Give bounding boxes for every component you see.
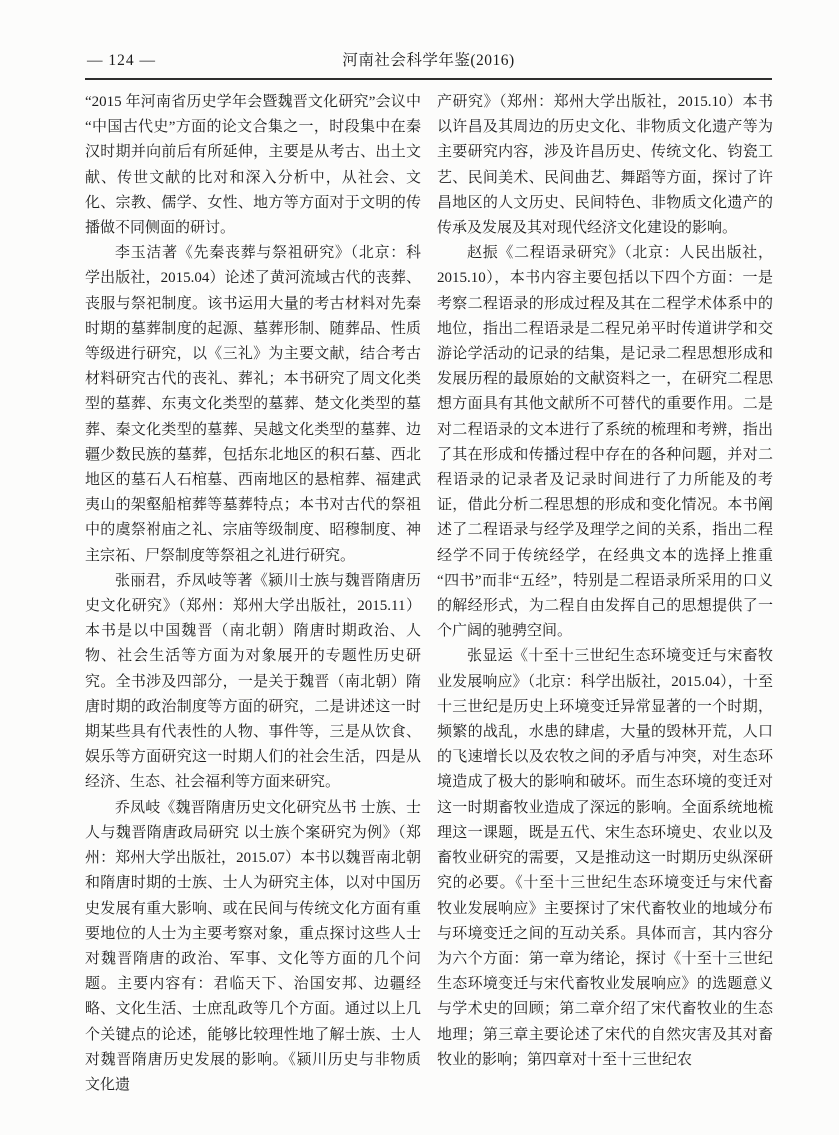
header-divider-rule <box>85 78 772 80</box>
paragraph-book-pre-qin-funeral-research: 李玉洁著《先秦丧葬与祭祖研究》（北京：科学出版社，2015.04）论述了黄河流域… <box>85 241 421 569</box>
page-number: — 124 — <box>87 49 156 73</box>
page-header: — 124 — 河南社会科学年鉴(2016) <box>85 49 772 73</box>
right-text-column: 产研究》（郑州：郑州大学出版社，2015.10）本书以许昌及其周边的历史文化、非… <box>437 90 773 1073</box>
left-text-column: “2015 年河南省历史学年会暨魏晋文化研究”会议中“中国古代史”方面的论文合集… <box>85 90 421 1098</box>
paragraph-book-ecology-livestock-song-dynasty: 张显运《十至十三世纪生态环境变迁与宋畜牧业发展响应》（北京：科学出版社，2015… <box>437 644 773 1072</box>
paragraph-xuchang-heritage-research-continued: 产研究》（郑州：郑州大学出版社，2015.10）本书以许昌及其周边的历史文化、非… <box>437 90 773 241</box>
paragraph-book-yingchuan-clans-history: 张丽君，乔凤岐等著《颍川士族与魏晋隋唐历史文化研究》（郑州：郑州大学出版社，20… <box>85 569 421 796</box>
paragraph-conference-proceedings: “2015 年河南省历史学年会暨魏晋文化研究”会议中“中国古代史”方面的论文合集… <box>85 90 421 241</box>
yearbook-scanned-page: — 124 — 河南社会科学年鉴(2016) “2015 年河南省历史学年会暨魏… <box>0 0 839 1135</box>
paragraph-book-ercheng-quotations-research: 赵振《二程语录研究》（北京：人民出版社，2015.10），本书内容主要包括以下四… <box>437 241 773 644</box>
header-title: 河南社会科学年鉴(2016) <box>85 49 772 73</box>
paragraph-book-weijin-suitang-political-research: 乔凤岐《魏晋隋唐历史文化研究丛书 士族、士人与魏晋隋唐政局研究 以士族个案研究为… <box>85 796 421 1098</box>
